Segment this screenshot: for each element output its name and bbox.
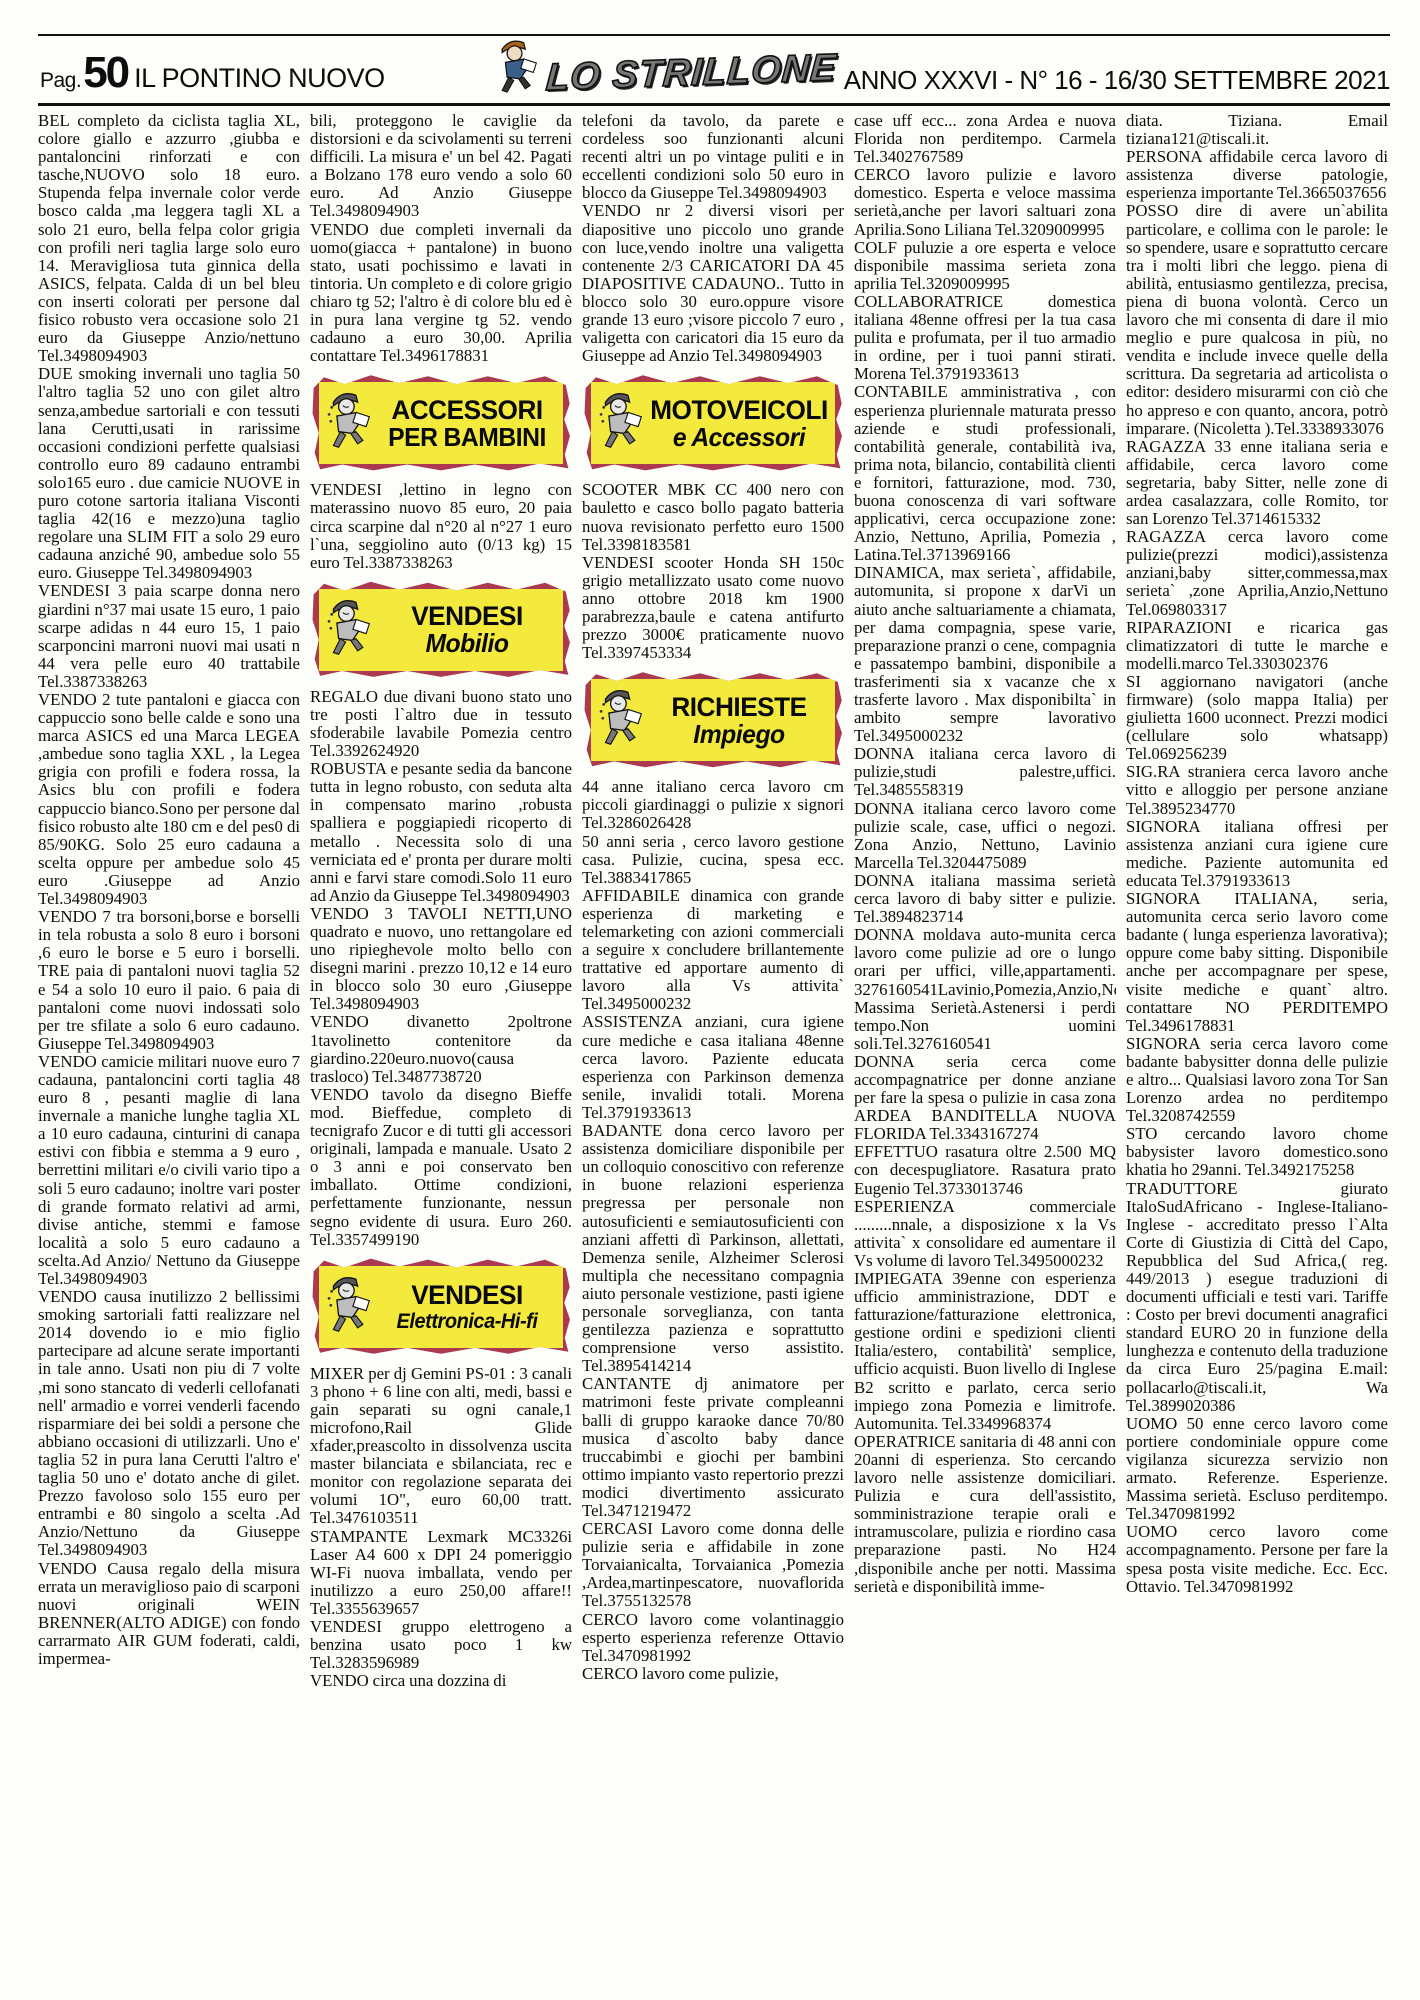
classified-ad: IMPIEGATA 39enne con esperienza ufficio …	[854, 1270, 1116, 1433]
section-banner-inner: VENDESIMobilio	[319, 589, 563, 671]
banner-line1: RICHIESTE	[650, 693, 828, 721]
classified-ad: SIGNORA italiana offresi per assistenza …	[1126, 818, 1388, 890]
newsboy-icon	[323, 387, 375, 459]
section-banner-title: MOTOVEICOLIe Accessori	[647, 396, 831, 451]
banner-line1: VENDESI	[378, 1281, 556, 1309]
page-number: 50	[83, 48, 128, 97]
classified-ad: ROBUSTA e pesante sedia da bancone tutta…	[310, 760, 572, 905]
classified-ad: CONTABILE amministrativa , con esperienz…	[854, 383, 1116, 564]
classified-ad: RAGAZZA cerca lavoro come pulizie(prezzi…	[1126, 528, 1388, 618]
section-banner-title: ACCESSORIPER BAMBINI	[375, 396, 559, 451]
classified-ad: 44 anne italiano cerca lavoro cm piccoli…	[582, 778, 844, 832]
masthead-left: Pag.50IL PONTINO NUOVO	[40, 48, 385, 98]
newsboy-icon	[595, 387, 647, 459]
classified-ad: VENDO 2 tute pantaloni e giacca con capp…	[38, 691, 300, 908]
section-banner: VENDESIMobilio	[311, 581, 571, 679]
column: bili, proteggono le caviglie da distorsi…	[310, 112, 572, 1992]
section-banner: MOTOVEICOLIe Accessori	[583, 374, 843, 472]
classified-ad: DINAMICA, max serieta`, affidabile, auto…	[854, 564, 1116, 745]
column: case uff ecc... zona Ardea e nuova Flori…	[854, 112, 1116, 1992]
classified-ad: VENDO due completi invernali da uomo(gia…	[310, 221, 572, 366]
classified-ad: VENDESI ,lettino in legno con materassin…	[310, 481, 572, 571]
newsboy-icon	[323, 1271, 375, 1343]
classified-ad: DONNA italiana cerca lavoro di pulizie,s…	[854, 745, 1116, 799]
classified-ad: COLLABORATRICE domestica italiana 48enne…	[854, 293, 1116, 383]
classified-ad: PERSONA affidabile cerca lavoro di assis…	[1126, 148, 1388, 202]
classified-ad: case uff ecc... zona Ardea e nuova Flori…	[854, 112, 1116, 166]
classified-ad: DONNA italiana cerco lavoro come pulizie…	[854, 800, 1116, 872]
banner-line2: e Accessori	[652, 424, 827, 451]
section-banner-title: VENDESIElettronica-Hi-fi	[375, 1281, 559, 1331]
classified-ad: SIG.RA straniera cerca lavoro anche vitt…	[1126, 763, 1388, 817]
classified-ad: DONNA italiana massima serietà cerca lav…	[854, 872, 1116, 926]
classified-ad: CANTANTE dj animatore per matrimoni fest…	[582, 1375, 844, 1520]
classified-ad: CERCO lavoro come volantinaggio esperto …	[582, 1611, 844, 1665]
section-banner: VENDESIElettronica-Hi-fi	[311, 1258, 571, 1356]
columns: BEL completo da ciclista taglia XL, colo…	[38, 112, 1388, 1992]
classified-ad: DUE smoking invernali uno taglia 50 l'al…	[38, 365, 300, 582]
classified-ad: VENDO circa una dozzina di	[310, 1672, 572, 1690]
classified-ad: MIXER per dj Gemini PS-01 : 3 canali 3 p…	[310, 1365, 572, 1528]
header-rule	[38, 103, 1390, 106]
classified-ad: STO cercando lavoro chome babysister lav…	[1126, 1125, 1388, 1179]
classified-ad: RAGAZZA 33 enne italiana seria e affidab…	[1126, 438, 1388, 528]
classified-ad: RIPARAZIONI e ricarica gas climatizzator…	[1126, 619, 1388, 673]
classified-ad: telefoni da tavolo, da parete e cordeles…	[582, 112, 844, 202]
classified-ad: POSSO dire di avere un`abilita particola…	[1126, 202, 1388, 437]
classified-ad: OPERATRICE sanitaria di 48 anni con 20an…	[854, 1433, 1116, 1596]
classified-ad: VENDO nr 2 diversi visori per diapositiv…	[582, 202, 844, 365]
classified-ad: CERCO lavoro pulizie e lavoro domestico.…	[854, 166, 1116, 238]
classified-ad: VENDO divanetto 2poltrone 1tavolinetto c…	[310, 1013, 572, 1085]
page-label: Pag.	[40, 69, 81, 92]
column: telefoni da tavolo, da parete e cordeles…	[582, 112, 844, 1992]
section-banner-inner: ACCESSORIPER BAMBINI	[319, 382, 563, 464]
newsboy-icon	[595, 684, 647, 756]
newspaper-page: Pag.50IL PONTINO NUOVO LO STRILLONE ANNO…	[0, 0, 1420, 2000]
section-banner-inner: MOTOVEICOLIe Accessori	[591, 382, 835, 464]
classified-ad: DONNA seria cerca come accompagnatrice p…	[854, 1053, 1116, 1143]
classified-ad: SI aggiornano navigatori (anche firmware…	[1126, 673, 1388, 763]
column: BEL completo da ciclista taglia XL, colo…	[38, 112, 300, 1992]
classified-ad: BEL completo da ciclista taglia XL, colo…	[38, 112, 300, 365]
section-banner-title: VENDESIMobilio	[375, 602, 559, 657]
classified-ad: ASSISTENZA anziani, cura igiene cure med…	[582, 1013, 844, 1122]
classified-ad: VENDO 3 TAVOLI NETTI,UNO quadrato e nuov…	[310, 905, 572, 1014]
section-banner: RICHIESTEImpiego	[583, 671, 843, 769]
banner-line1: ACCESSORI	[378, 396, 556, 424]
classified-ad: 50 anni seria , cerco lavoro gestione ca…	[582, 833, 844, 887]
classified-ad: COLF puluzie a ore esperta e veloce disp…	[854, 239, 1116, 293]
section-banner: ACCESSORIPER BAMBINI	[311, 374, 571, 472]
classified-ad: bili, proteggono le caviglie da distorsi…	[310, 112, 572, 221]
banner-line1: MOTOVEICOLI	[650, 396, 828, 424]
classified-ad: SIGNORA ITALIANA, seria, automunita cerc…	[1126, 890, 1388, 1035]
classified-ad: VENDESI 3 paia scarpe donna nero giardin…	[38, 582, 300, 691]
classified-ad: CERCASI Lavoro come donna delle pulizie …	[582, 1520, 844, 1610]
classified-ad: VENDESI scooter Honda SH 150c grigio met…	[582, 554, 844, 663]
classified-ad: VENDESI gruppo elettrogeno a benzina usa…	[310, 1618, 572, 1672]
section-banner-inner: VENDESIElettronica-Hi-fi	[319, 1266, 563, 1348]
classified-ad: TRADUTTORE giurato ItaloSudAfricano - In…	[1126, 1180, 1388, 1415]
classified-ad: UOMO cerco lavoro come accompagnamento. …	[1126, 1523, 1388, 1595]
classified-ad: BADANTE dona cerco lavoro per assistenza…	[582, 1122, 844, 1375]
classified-ad: CERCO lavoro come pulizie,	[582, 1665, 844, 1683]
classified-ad: SCOOTER MBK CC 400 nero con bauletto e c…	[582, 481, 844, 553]
classified-ad: VENDO 7 tra borsoni,borse e borselli in …	[38, 908, 300, 1053]
classified-ad: VENDO camicie militari nuove euro 7 cada…	[38, 1053, 300, 1288]
classified-ad: VENDO causa inutilizzo 2 bellissimi smok…	[38, 1288, 300, 1559]
classified-ad: STAMPANTE Lexmark MC3326i Laser A4 600 x…	[310, 1528, 572, 1618]
banner-line1: VENDESI	[378, 602, 556, 630]
classified-ad: AFFIDABILE dinamica con grande esperienz…	[582, 887, 844, 1014]
banner-line2: Elettronica-Hi-fi	[381, 1310, 552, 1332]
column: diata. Tiziana. Email tiziana121@tiscali…	[1126, 112, 1388, 1992]
banner-line2: Impiego	[652, 721, 827, 748]
classified-ad: UOMO 50 enne cerco lavoro come portiere …	[1126, 1415, 1388, 1524]
classified-ad: VENDO Causa regalo della misura errata u…	[38, 1560, 300, 1669]
classified-ad: REGALO due divani buono stato uno tre po…	[310, 688, 572, 760]
classified-ad: SIGNORA seria cerca lavoro come badante …	[1126, 1035, 1388, 1125]
newspaper-title: IL PONTINO NUOVO	[134, 63, 385, 93]
classified-ad: diata. Tiziana. Email tiziana121@tiscali…	[1126, 112, 1388, 148]
classified-ad: DONNA moldava auto-munita cerca lavoro c…	[854, 926, 1116, 1053]
newsboy-icon	[490, 36, 544, 107]
banner-line2: PER BAMBINI	[380, 424, 555, 451]
banner-line2: Mobilio	[380, 630, 555, 657]
newsboy-icon	[323, 594, 375, 666]
logo: LO STRILLONE	[468, 36, 848, 106]
logo-text: LO STRILLONE	[545, 47, 838, 100]
classified-ad: VENDO tavolo da disegno Bieffe mod. Bief…	[310, 1086, 572, 1249]
page-header: Pag.50IL PONTINO NUOVO LO STRILLONE ANNO…	[38, 40, 1390, 102]
classified-ad: ESPERIENZA commerciale .........nnale, a…	[854, 1198, 1116, 1270]
classified-ad: EFFETTUO rasatura oltre 2.500 MQ con dec…	[854, 1143, 1116, 1197]
section-banner-title: RICHIESTEImpiego	[647, 693, 831, 748]
section-banner-inner: RICHIESTEImpiego	[591, 679, 835, 761]
issue-info: ANNO XXXVI - N° 16 - 16/30 SETTEMBRE 202…	[844, 65, 1390, 96]
